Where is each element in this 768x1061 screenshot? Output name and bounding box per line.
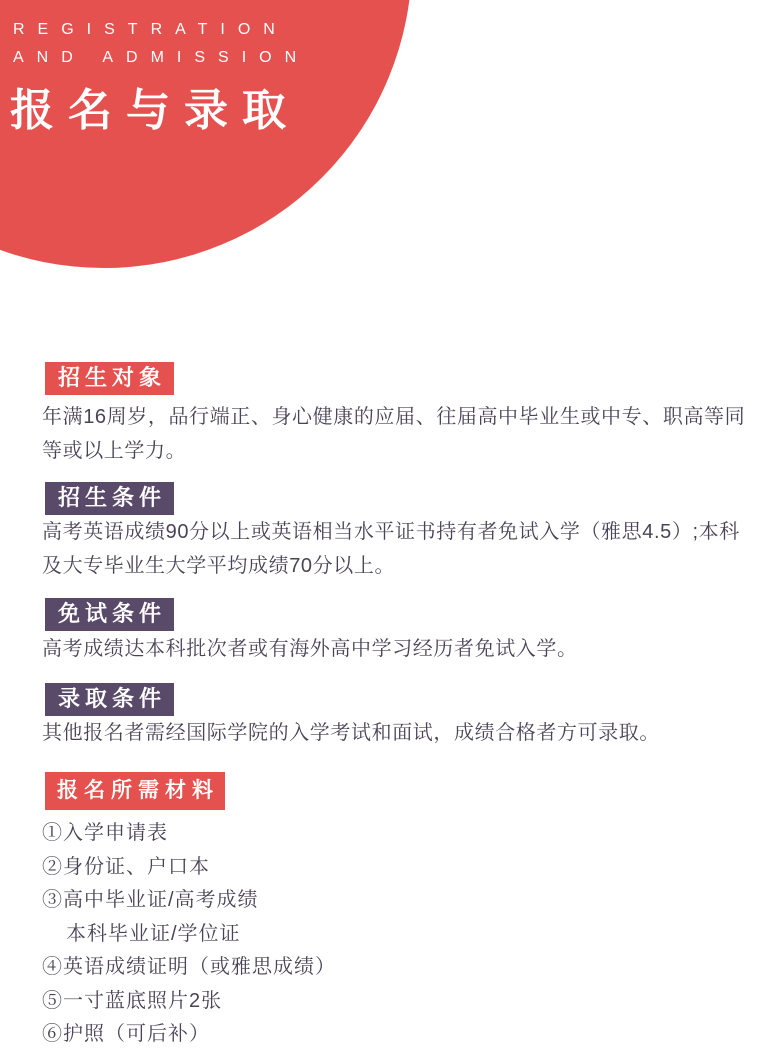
list-item: ⑥护照（可后补） xyxy=(42,1018,336,1052)
text-line: 高考成绩达本科批次者或有海外高中学习经历者免试入学。 xyxy=(42,632,748,666)
required-materials-list: ①入学申请表 ②身份证、户口本 ③高中毕业证/高考成绩 本科毕业证/学位证 ④英… xyxy=(42,817,336,1052)
list-item: ①入学申请表 xyxy=(42,817,336,851)
list-item: ②身份证、户口本 xyxy=(42,851,336,885)
badge-required-materials: 报名所需材料 xyxy=(45,772,225,810)
badge-enrollment-requirements: 招生条件 xyxy=(45,482,174,515)
enrollment-requirements-text: 高考英语成绩90分以上或英语相当水平证书持有者免试入学（雅思4.5）;本科 及大… xyxy=(42,515,748,583)
hero-title-en-line2: AND ADMISSION xyxy=(13,45,309,71)
badge-admission-requirements: 录取条件 xyxy=(45,683,174,716)
text-line: 及大专毕业生大学平均成绩70分以上。 xyxy=(42,549,748,583)
list-item: ③高中毕业证/高考成绩 xyxy=(42,884,336,918)
list-item-continuation: 本科毕业证/学位证 xyxy=(42,918,336,952)
list-item: ⑤一寸蓝底照片2张 xyxy=(42,985,336,1019)
admission-requirements-text: 其他报名者需经国际学院的入学考试和面试，成绩合格者方可录取。 xyxy=(42,716,748,750)
text-line: 高考英语成绩90分以上或英语相当水平证书持有者免试入学（雅思4.5）;本科 xyxy=(42,515,748,549)
text-line: 其他报名者需经国际学院的入学考试和面试，成绩合格者方可录取。 xyxy=(42,716,748,750)
list-item: ④英语成绩证明（或雅思成绩） xyxy=(42,951,336,985)
badge-exam-exemption: 免试条件 xyxy=(45,598,174,631)
text-line: 年满16周岁，品行端正、身心健康的应届、往届高中毕业生或中专、职高等同 xyxy=(42,400,748,434)
enrollment-target-text: 年满16周岁，品行端正、身心健康的应届、往届高中毕业生或中专、职高等同 等或以上… xyxy=(42,400,748,468)
brochure-page: REGISTRATION AND ADMISSION 报名与录取 招生对象 年满… xyxy=(0,0,768,1061)
badge-enrollment-target: 招生对象 xyxy=(45,362,174,395)
hero-title-en-line1: REGISTRATION xyxy=(13,17,288,43)
text-line: 等或以上学力。 xyxy=(42,434,748,468)
hero-title-zh: 报名与录取 xyxy=(10,84,300,138)
exam-exemption-text: 高考成绩达本科批次者或有海外高中学习经历者免试入学。 xyxy=(42,632,748,666)
